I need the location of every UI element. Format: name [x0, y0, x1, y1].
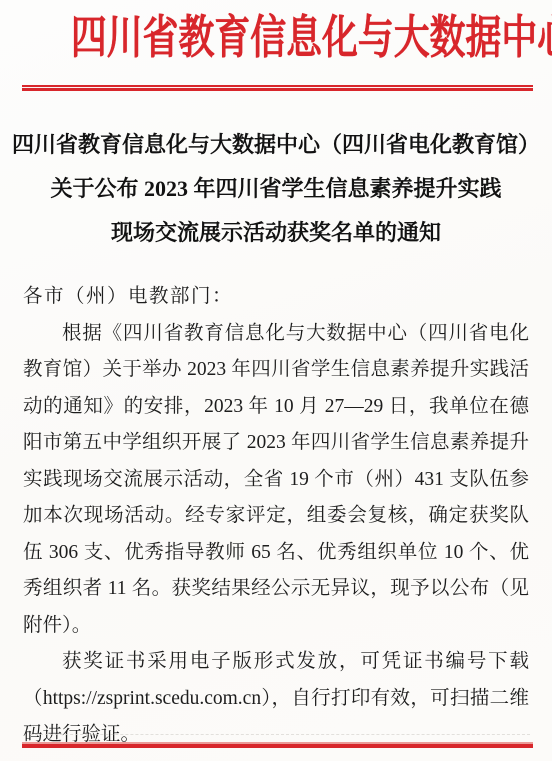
document-title: 四川省教育信息化与大数据中心（四川省电化教育馆） 关于公布 2023 年四川省学…	[0, 123, 552, 255]
salutation: 各市（州）电教部门：	[23, 279, 529, 316]
paragraph-certificate-info: 获奖证书采用电子版形式发放，可凭证书编号下载（https://zsprint.s…	[23, 644, 529, 754]
letterhead-org-name: 四川省教育信息化与大数据中心	[71, 9, 552, 67]
paragraph-activity-results: 根据《四川省教育信息化与大数据中心（四川省电化教育馆）关于举办 2023 年四川…	[23, 316, 529, 645]
letterhead-divider-line	[22, 85, 533, 91]
document-title-line-2: 关于公布 2023 年四川省学生信息素养提升实践	[0, 167, 552, 211]
document-page: 四川省教育信息化与大数据中心 四川省教育信息化与大数据中心（四川省电化教育馆） …	[0, 0, 552, 761]
scan-artifact-line	[30, 734, 530, 735]
footer-divider-line	[22, 742, 533, 748]
document-title-line-3: 现场交流展示活动获奖名单的通知	[0, 211, 552, 255]
document-body: 各市（州）电教部门： 根据《四川省教育信息化与大数据中心（四川省电化教育馆）关于…	[23, 279, 529, 754]
document-title-line-1: 四川省教育信息化与大数据中心（四川省电化教育馆）	[0, 123, 552, 167]
letterhead: 四川省教育信息化与大数据中心	[0, 9, 552, 67]
